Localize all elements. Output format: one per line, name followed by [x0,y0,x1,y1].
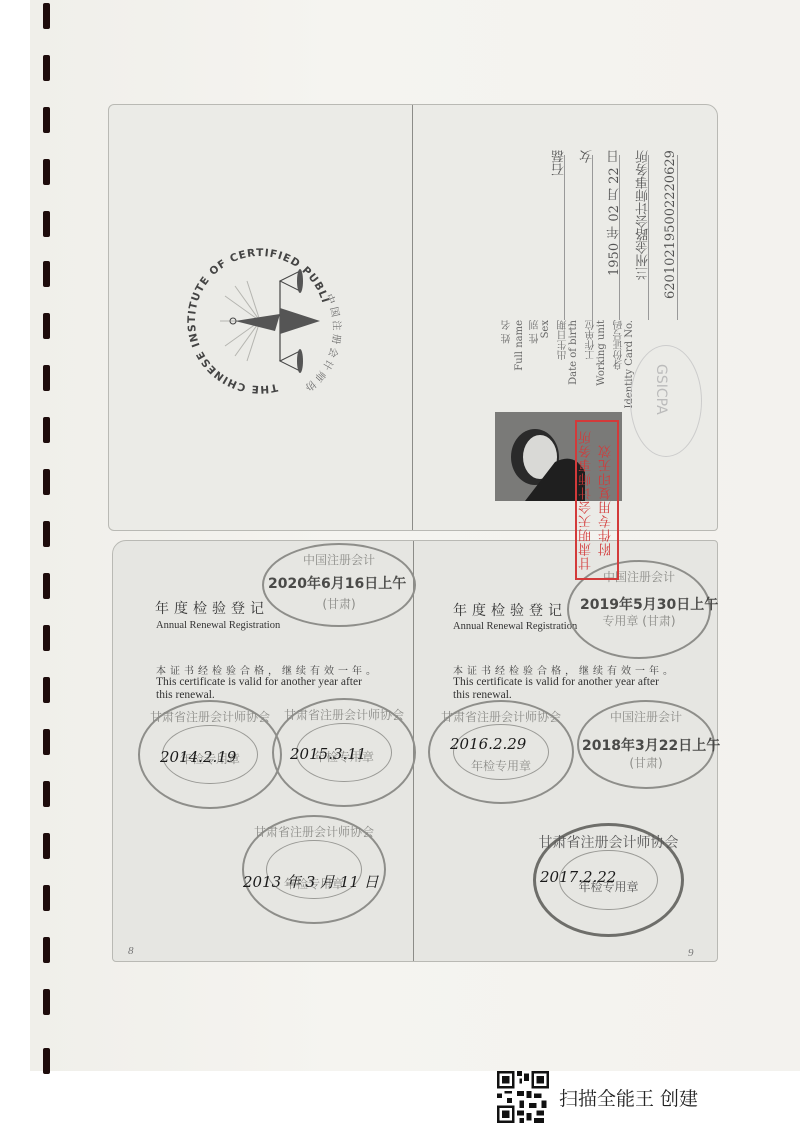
field-underline [619,155,620,320]
field-value: 石磊 [550,150,569,320]
binder-hole [43,469,50,495]
binder-hole [43,313,50,339]
binder-hole [43,729,50,755]
binder-hole [43,365,50,391]
binder-hole [43,625,50,651]
field-underline [648,155,649,320]
renewal-date: 2013 年 3 月 11 日 [243,871,379,892]
binder-hole [43,107,50,133]
binder-hole [43,573,50,599]
field-label-en: Date of birth [568,320,579,385]
renewal-date: 2014.2.19 [160,748,236,766]
binder-hole [43,677,50,703]
binder-hole [43,1048,50,1074]
renewal-body-cn: 本证书经检验合格，继续有效一年。 [453,662,677,677]
fold-line [412,105,413,530]
binder-hole [43,55,50,81]
binder-hole [43,159,50,185]
binder-hole [43,417,50,443]
renewal-title-cn: 年度检验登记 [155,598,269,618]
field-label-en: Working unit [596,320,607,386]
cicpa-emblem-icon: THE CHINESE INSTITUTE OF CERTIFIED PUBLI… [175,236,345,406]
binder-hole [43,261,50,287]
field-underline [592,155,593,320]
binder-hole [43,989,50,1015]
renewal-date: 2016.2.29 [450,735,526,753]
binder-hole [43,211,50,237]
renewal-title-en: Annual Renewal Registration [453,621,577,632]
renewal-date: 2017.2.22 [540,868,616,886]
camscanner-watermark: 扫描全能王 创建 [497,1071,698,1123]
red-company-stamp: 甘肃明天会计师事务所 附件专用复印无效 [575,420,619,580]
renewal-date: 2018年3月22日上午 [582,735,720,755]
page-number: 9 [688,947,694,959]
renewal-body-en: This certificate is valid for another ye… [453,676,659,702]
binder-hole [43,781,50,807]
field-value: 女 [578,150,597,320]
faint-stamp-text: GSICPA [653,364,669,415]
watermark-text: 扫描全能王 创建 [559,1084,698,1111]
renewal-date: 2020年6月16日上午 [268,573,406,593]
field-value: 1950 年 02 月 22 日 [605,150,624,320]
renewal-stamp: 甘肃省注册会计师协会 年检专用章 [242,815,386,924]
renewal-body-cn: 本证书经检验合格，继续有效一年。 [156,662,380,677]
field-label-en: Full name [514,320,525,371]
page-number: 8 [128,945,134,957]
binder-hole [43,833,50,859]
faint-stamp: GSICPA [630,345,702,457]
renewal-title-cn: 年度检验登记 [453,600,567,620]
renewal-date: 2019年5月30日上午 [580,594,718,614]
field-label-en: Sex [540,320,551,338]
renewal-date: 2015.3.11 [290,745,366,763]
field-value: 兰州金路会计师事务所 [634,150,653,320]
binder-hole [43,937,50,963]
renewal-title-en: Annual Renewal Registration [156,620,280,631]
qr-code-icon [497,1071,549,1123]
binder-hole [43,3,50,29]
field-underline [677,155,678,320]
field-label-cn: 姓 名 [500,320,515,343]
field-underline [564,155,565,320]
binder-hole [43,521,50,547]
binder-hole [43,885,50,911]
field-value: 620102195002220629 [663,150,678,320]
